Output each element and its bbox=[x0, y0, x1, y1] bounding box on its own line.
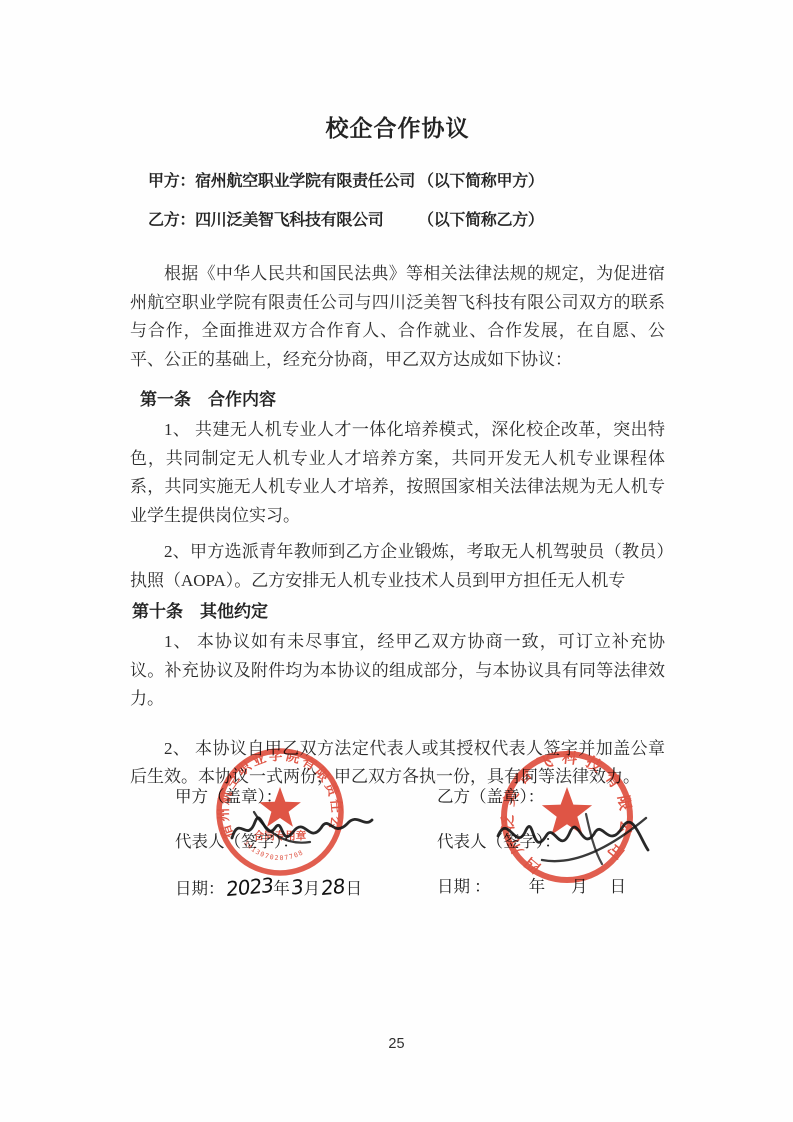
preamble-paragraph: 根据《中华人民共和国民法典》等相关法律法规的规定，为促进宿州航空职业学院有限责任… bbox=[130, 260, 665, 374]
party-b-date-label: 日期 ： bbox=[437, 877, 491, 896]
party-a-alias: （以下简称甲方） bbox=[418, 171, 544, 193]
article-1-item-2: 2、甲方选派青年教师到乙方企业锻炼，考取无人机驾驶员（教员）执照（AOPA）。乙… bbox=[130, 538, 665, 595]
party-b-alias: （以下简称乙方） bbox=[418, 210, 544, 232]
month-char: 月 bbox=[304, 879, 321, 898]
day-char: 日 bbox=[346, 879, 363, 898]
party-b-label: 乙方： bbox=[148, 212, 195, 229]
party-b-line: 乙方：四川泛美智飞科技有限公司 （以下简称乙方） bbox=[130, 210, 665, 232]
party-b-handwritten-signature bbox=[490, 802, 655, 876]
party-a-line: 甲方：宿州航空职业学院有限责任公司 （以下简称甲方） bbox=[130, 171, 665, 193]
article-1-heading: 第一条 合作内容 bbox=[130, 388, 665, 412]
document-body: 校企合作协议 甲方：宿州航空职业学院有限责任公司 （以下简称甲方） 乙方：四川泛… bbox=[130, 0, 665, 792]
page-number: 25 bbox=[0, 1036, 793, 1052]
article-1-item-1: 1、 共建无人机专业人才一体化培养模式，深化校企改革，突出特色，共同制定无人机专… bbox=[130, 416, 665, 530]
document-page: 校企合作协议 甲方：宿州航空职业学院有限责任公司 （以下简称甲方） 乙方：四川泛… bbox=[0, 0, 793, 1122]
party-b-name: 四川泛美智飞科技有限公司 bbox=[195, 212, 383, 229]
article-10-item-1: 1、 本协议如有未尽事宜，经甲乙双方协商一致，可订立补充协议。补充协议及附件均为… bbox=[130, 628, 665, 714]
party-a-name: 宿州航空职业学院有限责任公司 bbox=[195, 173, 415, 190]
party-a-date-label: 日期： bbox=[175, 879, 225, 898]
party-a-handwritten-signature bbox=[226, 798, 376, 860]
article-10-heading: 第十条 其他约定 bbox=[130, 600, 665, 624]
document-title: 校企合作协议 bbox=[130, 113, 665, 145]
party-a-label: 甲方： bbox=[148, 173, 195, 190]
year-char: 年 bbox=[273, 879, 290, 898]
